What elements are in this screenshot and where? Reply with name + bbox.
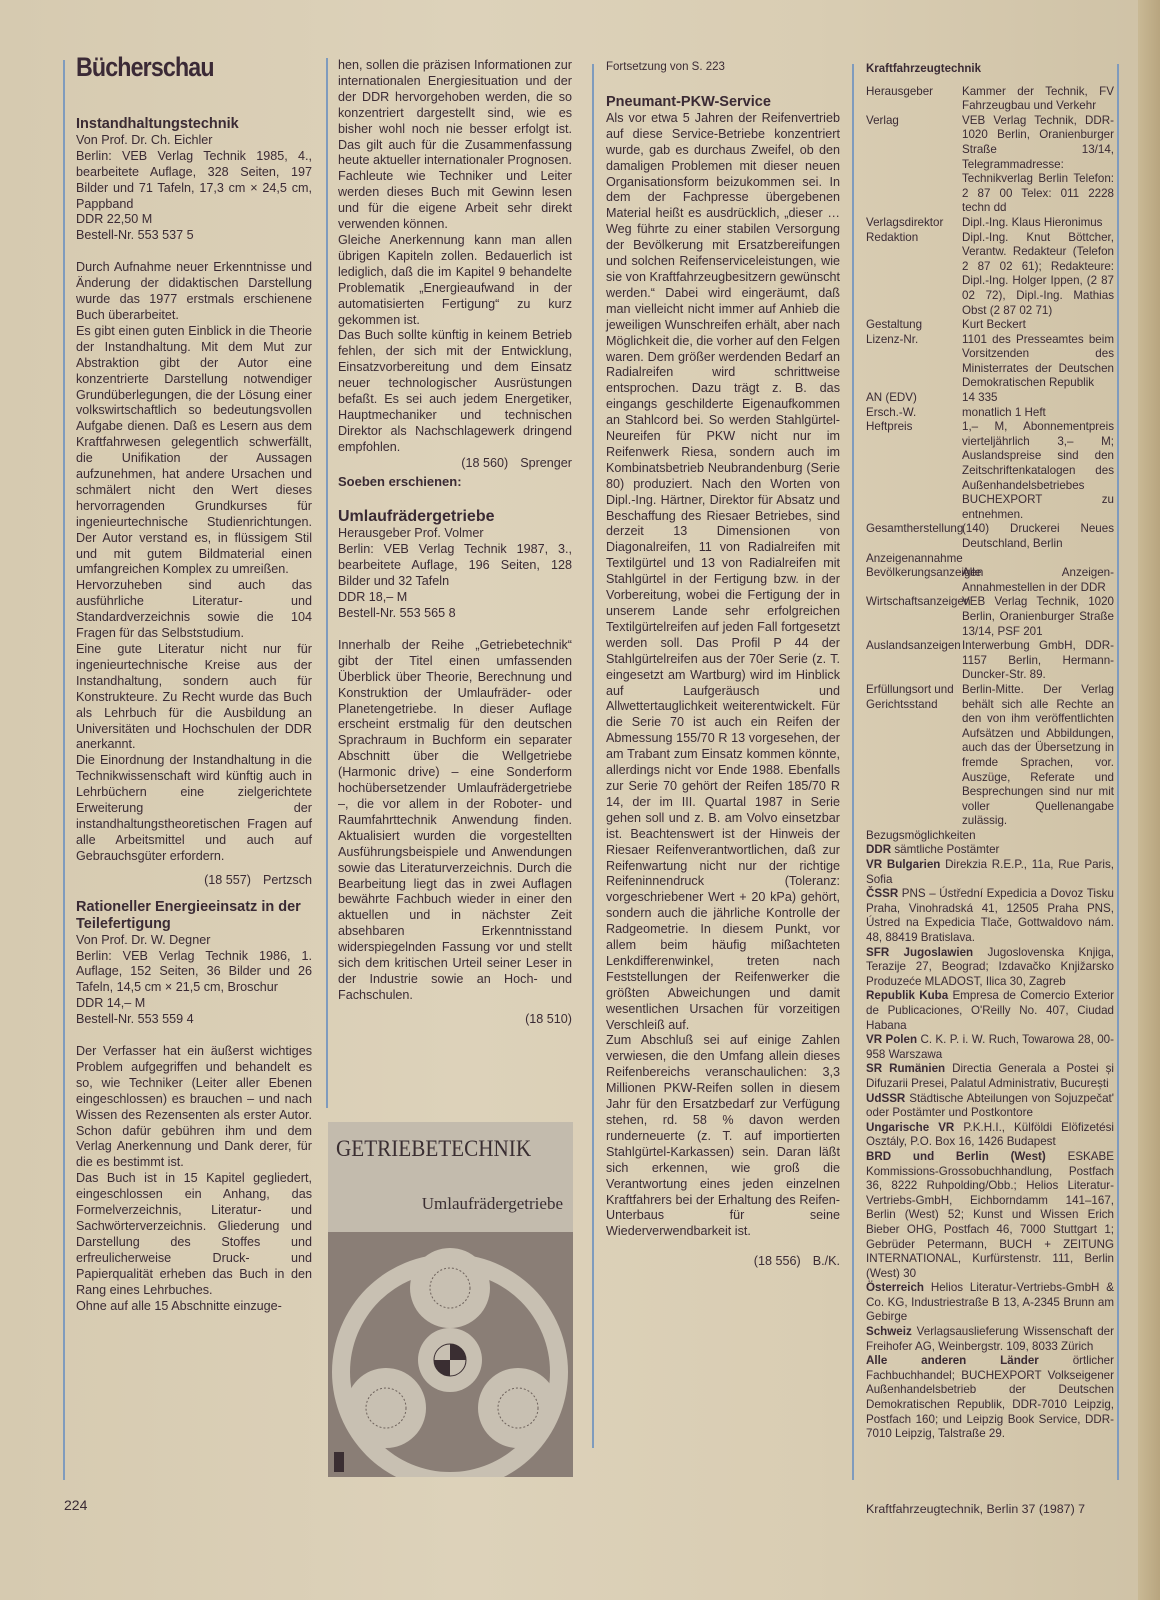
column-rule — [592, 64, 594, 1448]
cover-header: GETRIEBETECHNIK Umlaufrädergetriebe — [328, 1122, 573, 1232]
imprint-row: Erfüllungsort und GerichtsstandBerlin-Mi… — [866, 683, 1114, 829]
review-price: DDR 22,50 M — [76, 212, 312, 228]
article-paragraph: Als vor etwa 5 Jahren der Reifenvertrieb… — [606, 111, 840, 1034]
distribution-country: Ungarische VR — [866, 1121, 954, 1134]
distribution-country: VR Polen — [866, 1033, 917, 1046]
imprint-value: Kurt Beckert — [962, 318, 1114, 333]
review-price: DDR 18,– M — [338, 590, 572, 606]
imprint-row: Lizenz-Nr.1101 des Presseamtes beim Vors… — [866, 333, 1114, 391]
page-edge — [1138, 0, 1160, 1600]
imprint-row: Ersch.-W.monatlich 1 Heft — [866, 406, 1114, 421]
imprint-value: VEB Verlag Technik, DDR-1020 Berlin, Ora… — [962, 114, 1114, 216]
imprint-row: VerlagsdirektorDipl.-Ing. Klaus Hieronim… — [866, 216, 1114, 231]
column-rule — [63, 60, 65, 1480]
article-signature: (18 556)B./K. — [606, 1254, 840, 1270]
review-publication: Berlin: VEB Verlag Technik 1985, 4., bea… — [76, 149, 312, 213]
review-order-number: Bestell-Nr. 553 537 5 — [76, 228, 312, 244]
cover-book-title: Umlaufrädergetriebe — [422, 1194, 563, 1214]
imprint-key: Bevölkerungsanzeigen — [866, 566, 962, 595]
distribution-entry: SFR Jugoslawien Jugoslovenska Knjiga, Te… — [866, 946, 1114, 990]
page-footer: Kraftfahrzeugtechnik, Berlin 37 (1987) 7 — [866, 1502, 1085, 1516]
article-ref: (18 556) — [754, 1254, 801, 1268]
imprint-title: Kraftfahrzeugtechnik — [866, 62, 1114, 77]
review-paragraph: Durch Aufnahme neuer Erkenntnisse und Än… — [76, 260, 312, 324]
imprint-row: GestaltungKurt Beckert — [866, 318, 1114, 333]
imprint-key: Herausgeber — [866, 85, 962, 114]
review-paragraph: Das Buch sollte künftig in keinem Betrie… — [338, 328, 572, 455]
review-title: Rationeller Energieeinsatz in der Teilef… — [76, 899, 312, 933]
review-paragraph: Der Verfasser hat ein äußerst wichtiges … — [76, 1044, 312, 1171]
publisher-logo-icon — [334, 1452, 344, 1472]
imprint-value: Interwerbung GmbH, DDR-1157 Berlin, Herm… — [962, 639, 1114, 683]
distribution-entry: Österreich Helios Literatur-Vertriebs-Gm… — [866, 1281, 1114, 1325]
distribution-address: PNS – Ústřední Expedicia a Dovoz Tisku P… — [866, 887, 1114, 944]
review-paragraph: Eine gute Literatur nicht nur für ingeni… — [76, 642, 312, 753]
distribution-entry: VR Bulgarien Direkzia R.E.P., 11a, Rue P… — [866, 858, 1114, 887]
review-paragraph: Fachleute wie Techniker und Leiter werde… — [338, 169, 572, 233]
review-signature: (18 510) — [338, 1012, 572, 1028]
article-paragraph: Zum Abschluß sei auf einige Zahlen verwi… — [606, 1033, 840, 1240]
column-1: Bücherschau Instandhaltungstechnik Von P… — [76, 60, 312, 1314]
distribution-entry: UdSSR Städtische Abteilungen von Sojuzpe… — [866, 1092, 1114, 1121]
imprint-key: AN (EDV) — [866, 391, 962, 406]
article-signer: B./K. — [813, 1254, 840, 1268]
distribution-entry: VR Polen C. K. P. i. W. Ruch, Towarowa 2… — [866, 1033, 1114, 1062]
imprint-key: Redaktion — [866, 231, 962, 319]
imprint-key: Gesamtherstellung — [866, 522, 962, 551]
imprint-value: 14 335 — [962, 391, 1114, 406]
imprint-value: 1,– M, Abonnementpreis vierteljährlich 3… — [962, 420, 1114, 522]
review-author: Von Prof. Dr. Ch. Eichler — [76, 133, 312, 149]
review-price: DDR 14,– M — [76, 996, 312, 1012]
imprint-key: Gestaltung — [866, 318, 962, 333]
imprint-row: AuslandsanzeigenInterwerbung GmbH, DDR-1… — [866, 639, 1114, 683]
imprint-value: Berlin-Mitte. Der Verlag behält sich all… — [962, 683, 1114, 829]
distribution-address: ESKABE Kommissions-Grossobuchhandlung, P… — [866, 1150, 1114, 1280]
imprint-key: Ersch.-W. — [866, 406, 962, 421]
review-paragraph: Ohne auf alle 15 Abschnitte einzuge- — [76, 1299, 312, 1315]
imprint-row: WirtschaftsanzeigenVEB Verlag Technik, 1… — [866, 595, 1114, 639]
imprint-key: Lizenz-Nr. — [866, 333, 962, 391]
review-energieeinsatz: Rationeller Energieeinsatz in der Teilef… — [76, 899, 312, 1028]
review-signature: (18 560)Sprenger — [338, 456, 572, 472]
distribution-country: BRD und Berlin (West) — [866, 1150, 1046, 1163]
cover-gear-illustration — [328, 1232, 573, 1477]
review-publication: Berlin: VEB Verlag Technik 1986, 1. Aufl… — [76, 949, 312, 997]
imprint-key: Erfüllungsort und Gerichtsstand — [866, 683, 962, 829]
imprint-key: Wirtschaftsanzeigen — [866, 595, 962, 639]
continuation-note: Fortsetzung von S. 223 — [606, 60, 840, 76]
review-editor: Herausgeber Prof. Volmer — [338, 526, 572, 542]
imprint-value: Kammer der Technik, FV Fahrzeugbau und V… — [962, 85, 1114, 114]
distribution-entry: SR Rumänien Directia Generala a Postei ș… — [866, 1062, 1114, 1091]
column-rule — [852, 64, 854, 1480]
review-title: Instandhaltungstechnik — [76, 116, 312, 133]
review-signature: (18 557)Pertzsch — [76, 873, 312, 889]
gears-icon — [328, 1232, 573, 1477]
imprint-row: RedaktionDipl.-Ing. Knut Böttcher, Veran… — [866, 231, 1114, 319]
distribution-entry: Schweiz Verlagsauslieferung Wissenschaft… — [866, 1325, 1114, 1354]
imprint-key: Verlagsdirektor — [866, 216, 962, 231]
column-2: hen, sollen die präzisen Informationen z… — [338, 58, 572, 1038]
distribution-country: SFR Jugoslawien — [866, 946, 973, 959]
imprint-key: Auslandsanzeigen — [866, 639, 962, 683]
imprint-row: HerausgeberKammer der Technik, FV Fahrze… — [866, 85, 1114, 114]
column-rule — [326, 58, 328, 1108]
review-title: Umlaufrädergetriebe — [338, 507, 572, 526]
imprint-column: Kraftfahrzeugtechnik HerausgeberKammer d… — [866, 62, 1114, 1442]
imprint-key: Verlag — [866, 114, 962, 216]
imprint-value: (140) Druckerei Neues Deutschland, Berli… — [962, 522, 1114, 551]
distribution-country: Republik Kuba — [866, 989, 948, 1002]
imprint-row: Gesamtherstellung(140) Druckerei Neues D… — [866, 522, 1114, 551]
distribution-country: SR Rumänien — [866, 1062, 945, 1075]
column-rule — [1117, 64, 1119, 1480]
imprint-value: Dipl.-Ing. Knut Böttcher, Verantw. Redak… — [962, 231, 1114, 319]
review-author: Von Prof. Dr. W. Degner — [76, 933, 312, 949]
distribution-country: Österreich — [866, 1281, 924, 1294]
review-paragraph: hen, sollen die präzisen Informationen z… — [338, 58, 572, 169]
review-umlaufraedergetriebe: Umlaufrädergetriebe Herausgeber Prof. Vo… — [338, 507, 572, 621]
imprint-value: VEB Verlag Technik, 1020 Berlin, Oranien… — [962, 595, 1114, 639]
distribution-entry: Republik Kuba Empresa de Comercio Exteri… — [866, 989, 1114, 1033]
review-paragraph: Das Buch ist in 15 Kapitel gegliedert, e… — [76, 1171, 312, 1298]
review-signer: Sprenger — [520, 456, 572, 470]
distribution-country: UdSSR — [866, 1092, 905, 1105]
review-ref: (18 560) — [461, 456, 508, 470]
imprint-row: Heftpreis1,– M, Abonnementpreis viertelj… — [866, 420, 1114, 522]
imprint-value: Alle Anzeigen-Annahmestellen in der DDR — [962, 566, 1114, 595]
imprint-key: Heftpreis — [866, 420, 962, 522]
imprint-value: 1101 des Presseamtes beim Vorsitzenden d… — [962, 333, 1114, 391]
book-cover-image: GETRIEBETECHNIK Umlaufrädergetriebe — [328, 1122, 573, 1477]
distribution-entry: Ungarische VR P.K.H.I., Külföldi Elöfize… — [866, 1121, 1114, 1150]
imprint-row: AN (EDV)14 335 — [866, 391, 1114, 406]
review-publication: Berlin: VEB Verlag Technik 1987, 3., bea… — [338, 542, 572, 590]
review-order-number: Bestell-Nr. 553 559 4 — [76, 1012, 312, 1028]
review-order-number: Bestell-Nr. 553 565 8 — [338, 606, 572, 622]
imprint-value: monatlich 1 Heft — [962, 406, 1114, 421]
review-ref: (18 510) — [525, 1012, 572, 1026]
review-signer: Pertzsch — [263, 873, 312, 887]
column-3: Fortsetzung von S. 223 Pneumant-PKW-Serv… — [606, 60, 840, 1280]
page-number: 224 — [64, 1497, 87, 1513]
article-title: Pneumant-PKW-Service — [606, 94, 840, 111]
distribution-entry: DDR sämtliche Postämter — [866, 843, 1114, 858]
distribution-country: ČSSR — [866, 887, 898, 900]
distribution-entry: BRD und Berlin (West) ESKABE Kommissions… — [866, 1150, 1114, 1281]
distribution-country: Alle anderen Länder — [866, 1354, 1039, 1367]
imprint-row: BevölkerungsanzeigenAlle Anzeigen-Annahm… — [866, 566, 1114, 595]
section-title: Bücherschau — [76, 60, 279, 76]
distribution-heading: Bezugsmöglichkeiten — [866, 829, 1114, 844]
review-paragraph: Es gibt einen guten Einblick in die Theo… — [76, 324, 312, 579]
ads-heading: Anzeigenannahme — [866, 552, 1114, 567]
imprint-row: VerlagVEB Verlag Technik, DDR-1020 Berli… — [866, 114, 1114, 216]
new-releases-heading: Soeben erschienen: — [338, 474, 572, 490]
review-paragraph: Die Einordnung der Instandhaltung in die… — [76, 753, 312, 864]
distribution-country: DDR — [866, 843, 891, 856]
distribution-address: sämtliche Postämter — [894, 843, 999, 856]
distribution-entry: ČSSR PNS – Ústřední Expedicia a Dovoz Ti… — [866, 887, 1114, 945]
magazine-page: Bücherschau Instandhaltungstechnik Von P… — [0, 0, 1160, 1600]
review-paragraph: Innerhalb der Reihe „Getriebetechnik“ gi… — [338, 638, 572, 1004]
distribution-entry: Alle anderen Länder örtlicher Fachbuchha… — [866, 1354, 1114, 1442]
review-ref: (18 557) — [204, 873, 251, 887]
imprint-value: Dipl.-Ing. Klaus Hieronimus — [962, 216, 1114, 231]
distribution-country: VR Bulgarien — [866, 858, 940, 871]
review-paragraph: Gleiche Anerkennung kann man allen übrig… — [338, 233, 572, 328]
review-paragraph: Hervorzuheben sind auch das ausführliche… — [76, 578, 312, 642]
distribution-country: Schweiz — [866, 1325, 912, 1338]
review-instandhaltungstechnik: Instandhaltungstechnik Von Prof. Dr. Ch.… — [76, 116, 312, 244]
cover-series-title: GETRIEBETECHNIK — [336, 1136, 531, 1162]
